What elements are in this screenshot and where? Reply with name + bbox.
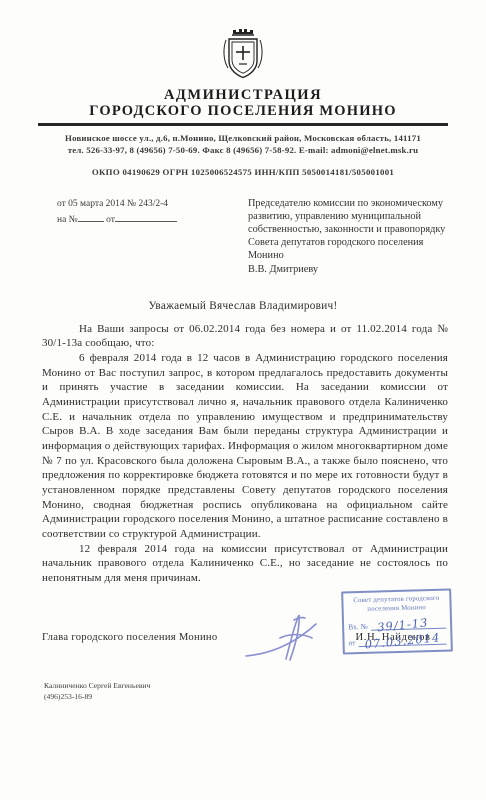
incoming-number-blank: на № от [57, 212, 177, 228]
letterhead-contacts: тел. 526-33-97, 8 (49656) 7-50-69. Факс … [0, 145, 486, 157]
incoming-date-line [115, 212, 177, 222]
incoming-number-label: на № [57, 215, 78, 225]
coat-of-arms-icon [218, 26, 268, 84]
stamp-in-label: Вх. № [348, 621, 368, 631]
incoming-number-line [78, 212, 104, 222]
letterhead-codes: ОКПО 04190629 ОГРН 1025006524575 ИНН/КПП… [0, 167, 486, 177]
recipient-line: собственностью, законности и правопорядк… [248, 223, 456, 236]
recipient-line: Монино [248, 249, 456, 262]
letterhead-address: Новинское шоссе ул., д.6, п.Монино, Щелк… [0, 133, 486, 145]
letterhead-address-block: Новинское шоссе ул., д.6, п.Монино, Щелк… [0, 133, 486, 157]
incoming-date-label: от [106, 215, 115, 225]
executor-block: Калиниченко Сергей Евгеньевич (496)253-1… [44, 680, 486, 702]
body-paragraph: 6 февраля 2014 года в 12 часов в Админис… [42, 351, 448, 542]
recipient-line: развитию, управлению муниципальной [248, 210, 456, 223]
signer-title: Глава городского поселения Монино [42, 632, 218, 643]
letter-page: АДМИНИСТРАЦИЯ ГОРОДСКОГО ПОСЕЛЕНИЯ МОНИН… [0, 0, 486, 800]
recipient-line: Председателю комиссии по экономическому [248, 197, 456, 210]
org-name-line2: ГОРОДСКОГО ПОСЕЛЕНИЯ МОНИНО [0, 103, 486, 120]
reference-row: от 05 марта 2014 № 243/2-4 на № от Предс… [57, 197, 456, 276]
body-paragraph: На Ваши запросы от 06.02.2014 года без н… [42, 322, 448, 351]
letter-body: На Ваши запросы от 06.02.2014 года без н… [42, 322, 448, 586]
salutation: Уважаемый Вячеслав Владимирович! [0, 300, 486, 312]
stamp-date-label: от [348, 638, 355, 647]
stamp-in-line: 39/1-13 [370, 615, 446, 630]
reference-block: от 05 марта 2014 № 243/2-4 на № от [57, 197, 177, 276]
handwritten-signature-icon [242, 612, 338, 664]
recipient-line: Совета депутатов городского поселения [248, 236, 456, 249]
letterhead: АДМИНИСТРАЦИЯ ГОРОДСКОГО ПОСЕЛЕНИЯ МОНИН… [0, 0, 486, 177]
stamp-date-row: от 07.03.2014 [348, 631, 446, 647]
executor-name: Калиниченко Сергей Евгеньевич [44, 680, 486, 691]
recipient-block: Председателю комиссии по экономическому … [248, 197, 456, 276]
org-name-line1: АДМИНИСТРАЦИЯ [0, 88, 486, 103]
stamp-incoming-number-row: Вх. № 39/1-13 [348, 615, 446, 631]
recipient-line: В.В. Дмитриеву [248, 263, 456, 276]
incoming-stamp: Совет депутатов городского поселения Мон… [341, 588, 453, 654]
executor-phone: (496)253-16-89 [44, 691, 486, 702]
stamp-date-line: 07.03.2014 [358, 631, 446, 646]
body-paragraph: 12 февраля 2014 года на комиссии присутс… [42, 542, 448, 586]
outgoing-number: от 05 марта 2014 № 243/2-4 [57, 197, 177, 212]
letterhead-rule [38, 123, 448, 126]
stamp-date-value-handwritten: 07.03.2014 [364, 630, 441, 651]
